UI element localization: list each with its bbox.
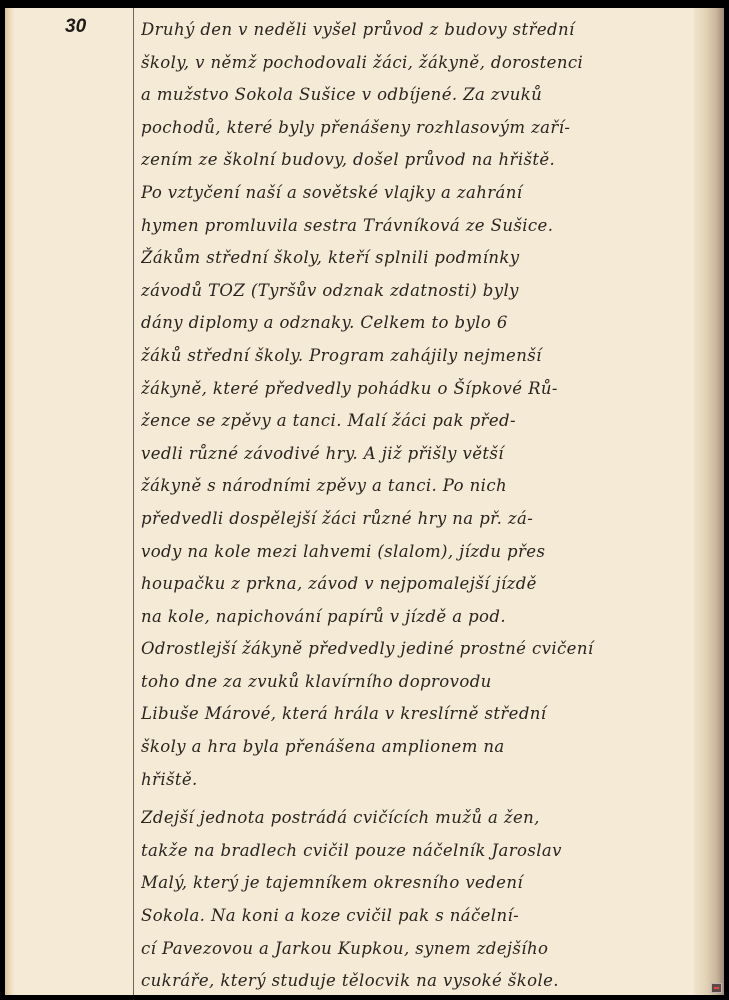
- text-line: žence se zpěvy a tanci. Malí žáci pak př…: [141, 405, 701, 438]
- text-line: Zdejší jednota postrádá cvičících mužů a…: [141, 802, 701, 835]
- text-line: vedli různé závodivé hry. A již přišly v…: [141, 438, 701, 471]
- text-line: cukráře, který studuje tělocvik na vysok…: [141, 965, 701, 995]
- text-line: Odrostlejší žákyně předvedly jediné pros…: [141, 633, 701, 666]
- margin-rule: [133, 8, 134, 995]
- text-line: vody na kole mezi lahvemi (slalom), jízd…: [141, 536, 701, 569]
- text-line: Druhý den v neděli vyšel průvod z budovy…: [141, 14, 701, 47]
- page-number: 30: [65, 16, 86, 38]
- minimize-icon[interactable]: [711, 983, 722, 993]
- text-line: takže na bradlech cvičil pouze náčelník …: [141, 835, 701, 868]
- text-line: cí Pavezovou a Jarkou Kupkou, synem zdej…: [141, 933, 701, 966]
- text-line: školy, v němž pochodovali žáci, žákyně, …: [141, 47, 701, 80]
- text-line: dány diplomy a odznaky. Celkem to bylo 6: [141, 307, 701, 340]
- text-line: houpačku z prkna, závod v nejpomalejší j…: [141, 568, 701, 601]
- text-line: předvedli dospělejší žáci různé hry na p…: [141, 503, 701, 536]
- text-line: na kole, napichování papírů v jízdě a po…: [141, 601, 701, 634]
- page-left-edge: [5, 8, 15, 995]
- text-line: závodů TOZ (Tyršův odznak zdatnosti) byl…: [141, 275, 701, 308]
- document-page: 30 Druhý den v neděli vyšel průvod z bud…: [5, 8, 724, 995]
- text-line: školy a hra byla přenášena amplionem na: [141, 731, 701, 764]
- text-line: pochodů, které byly přenášeny rozhlasový…: [141, 112, 701, 145]
- text-line: zením ze školní budovy, došel průvod na …: [141, 144, 701, 177]
- paragraph-2: Zdejší jednota postrádá cvičících mužů a…: [141, 802, 701, 995]
- text-line: a mužstvo Sokola Sušice v odbíjené. Za z…: [141, 79, 701, 112]
- paragraph-1: Druhý den v neděli vyšel průvod z budovy…: [141, 14, 701, 796]
- text-line: Sokola. Na koni a koze cvičil pak s náče…: [141, 900, 701, 933]
- text-line: Malý, který je tajemníkem okresního vede…: [141, 867, 701, 900]
- text-line: Žákům střední školy, kteří splnili podmí…: [141, 242, 701, 275]
- text-line: žáků střední školy. Program zahájily nej…: [141, 340, 701, 373]
- handwritten-text: Druhý den v neděli vyšel průvod z budovy…: [141, 14, 701, 995]
- text-line: žákyně s národními zpěvy a tanci. Po nic…: [141, 470, 701, 503]
- text-line: žákyně, které předvedly pohádku o Šípkov…: [141, 373, 701, 406]
- text-line: Po vztyčení naší a sovětské vlajky a zah…: [141, 177, 701, 210]
- text-line: Libuše Márové, která hrála v kreslírně s…: [141, 698, 701, 731]
- text-line: hřiště.: [141, 764, 701, 797]
- text-line: toho dne za zvuků klavírního doprovodu: [141, 666, 701, 699]
- text-line: hymen promluvila sestra Trávníková ze Su…: [141, 210, 701, 243]
